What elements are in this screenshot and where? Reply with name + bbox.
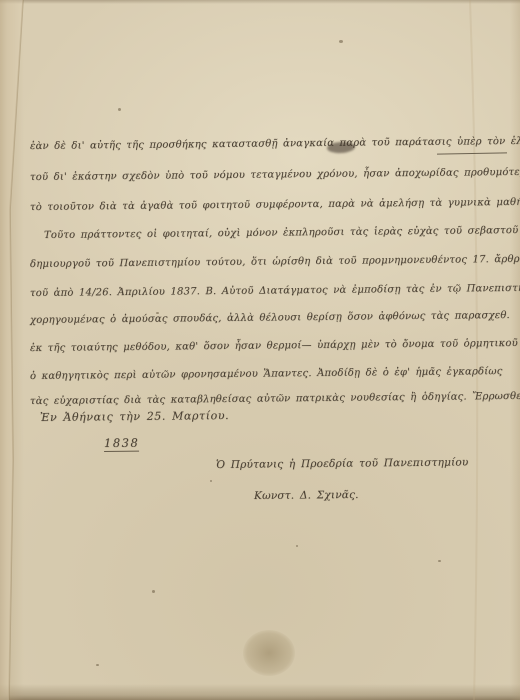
letter-line-8: ἐκ τῆς τοιαύτης μεθόδου, καθ' ὅσον ἦσαν … — [30, 338, 520, 354]
closing-place-date: Ἐν Ἀθήναις τὴν 25. Μαρτίου. — [40, 409, 229, 424]
letter-line-10: τὰς εὐχαριστίας διὰ τὰς καταβληθείσας αὐ… — [30, 391, 520, 407]
paper-speck — [339, 40, 343, 43]
ink-smudge — [327, 141, 356, 153]
letter-line-4: Τοῦτο πράττοντες οἱ φοιτηταί, οὐχὶ μόνον… — [44, 225, 520, 241]
letter-line-6: τοῦ ἀπὸ 14/26. Ἀπριλίου 1837. Β. Αὐτοῦ Δ… — [30, 283, 520, 299]
letter-line-2: τοῦ δι' ἑκάστην σχεδὸν ὑπὸ τοῦ νόμου τετ… — [30, 167, 520, 183]
paper-speck — [156, 312, 159, 314]
paper-stain — [243, 630, 295, 676]
underline-mark — [437, 152, 507, 154]
letter-line-9: ὁ καθηγητικὸς περὶ αὐτῶν φρονησαμένου Ἅπ… — [30, 366, 520, 382]
letter-line-3: τὸ τοιοῦτον διὰ τὰ ἀγαθὰ τοῦ φοιτητοῦ συ… — [30, 197, 520, 213]
closing-year: 1838 — [104, 436, 139, 452]
paper-speck — [152, 590, 155, 593]
paper-speck — [296, 545, 298, 547]
paper-speck — [96, 664, 99, 666]
paper-speck — [210, 480, 212, 482]
letter-line-1: ἐὰν δὲ δι' αὐτῆς τῆς προσθήκης καταστασθ… — [30, 136, 520, 152]
signature-title: Ὁ Πρύτανις ἡ Προεδρία τοῦ Πανεπιστημίου — [216, 456, 469, 471]
paper-speck — [438, 560, 441, 562]
letter-line-5: δημιουργοῦ τοῦ Πανεπιστημίου τούτου, ὅτι… — [30, 254, 520, 270]
letter-line-7: χορηγουμένας ὁ ἀμούσας σπουδάς, ἀλλὰ θέλ… — [30, 310, 520, 326]
paper-speck — [118, 108, 121, 111]
scanned-letter-page: ἐὰν δὲ δι' αὐτῆς τῆς προσθήκης καταστασθ… — [0, 0, 520, 700]
signature-name: Κωνστ. Δ. Σχινᾶς. — [254, 489, 359, 502]
